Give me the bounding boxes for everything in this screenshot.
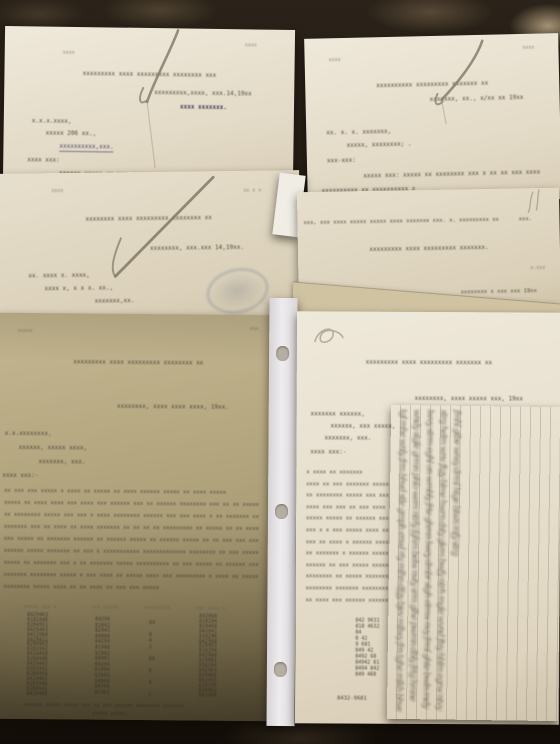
file-number: xxx. xyxy=(250,327,262,333)
letter-top-left: xxxx xxxx xxxxxxxxx xxxx xxxxxxxxx xxxxx… xyxy=(3,26,295,188)
binder-hole xyxy=(274,662,287,677)
footer-line-2: xxxxx xxxxx. xyxy=(92,712,128,718)
date-line: xxxxxxxx, xxxx xxxx xxxx, 19xx. xyxy=(117,404,229,412)
figures-column-3: 84 8 4 2 84 8 4 2 xyxy=(148,620,155,698)
letterhead: xxxxxxxxx xxxx xxxxxxxxx xxxxxxx xx xyxy=(366,360,492,367)
binder-hole xyxy=(276,346,289,361)
table-header-4: xxx xxxx x xyxy=(195,607,225,613)
pencil-checkmark-icon xyxy=(3,26,295,188)
address-line-2: xxxxxx, xxx xxxxx, xyxy=(330,423,395,430)
letter-middle-left: xxxx xx x x xxxxxxxx xxxx xxxxxxxxx xxxx… xyxy=(0,170,301,324)
letterhead: xxxxxxxxx xxxx xxxxxxxxx xxxxxxx. xyxy=(369,245,488,254)
letter-bottom-left: xxxxx xxx. xxxxxxxxx xxxx xxxxxxxxx xxxx… xyxy=(0,313,280,721)
footer-line-1: xxxxxx xxxxx xxxxx xxx xx xxx xxxxxx xxx… xyxy=(24,703,184,710)
binder-hole xyxy=(275,504,288,519)
total-line: 8432-9681 xyxy=(337,696,367,702)
date-line: xxxxxxxx, xxxx xxxxx xxx, 19xx xyxy=(415,396,523,403)
sheet-protector-edge xyxy=(267,298,298,726)
body-paragraph: x xxxx xx xxxxxxx xxxx xx xxx xxxxxxx xx… xyxy=(306,467,390,607)
address-line-3: xxxxxxx, xxx. xyxy=(324,435,371,442)
letterhead: xxxxxxxxx xxxx xxxxxxxxx xxxxxxxx xx xyxy=(73,359,203,367)
address-line-1: x.x.xxxxxxxx, xyxy=(5,431,52,438)
figures-column: 842 9631 818 4632 84 8 42 9 681 849 42 8… xyxy=(355,618,379,678)
address-line-1: xxxxxxx xxxxxx, xyxy=(311,411,365,418)
salutation: xxxx xxx:- xyxy=(2,473,38,480)
photo-of-letter-stack: xxxx xxxx xxxxxxxxx xxxx xxxxxxxxx xxxxx… xyxy=(0,0,560,744)
table-header-1: xxxxx xxx x xyxy=(23,605,56,611)
pencil-scribble-icon xyxy=(309,323,353,353)
table-header-2: xxx xxxxx xyxy=(91,606,118,612)
pencil-checkmark-icon xyxy=(304,33,560,205)
table-header-3: xxxxxxxxx xyxy=(143,606,170,612)
body-line: xxx, xxx xxxx xxxxx xxxxx xxxx xxxxxxx x… xyxy=(303,216,532,226)
form-number: xxxxx xyxy=(18,329,33,335)
letter-top-right: xxxx xxxx xxxxxxxxxx xxxxxxxxx xxxxxxx x… xyxy=(304,33,560,205)
pencil-mark-icon xyxy=(525,190,549,216)
address-line-3: xxxxxxx, xxx. xyxy=(38,459,85,466)
figures-column-2: 84296 81842 82941 84968 84294 81968 8294… xyxy=(94,618,110,696)
figures-column-1: 8429463 8181946 8284951 8429463 8412968 … xyxy=(26,613,48,697)
salutation: xxxx xxx:- xyxy=(310,449,346,456)
handwritten-note: tgl mhe wnly frm bhvd stle gmph enwl rty… xyxy=(387,405,560,721)
figures-column-4: 842968 818294 829468 842941 818296 84296… xyxy=(198,615,217,699)
cursive-handwriting: tgl mhe wnly frm bhvd stle gmph enwl rty… xyxy=(391,409,558,715)
body-paragraph: xx xxx xxx xxxxx x xxxx xx xxxxx xx xxxx… xyxy=(3,485,259,595)
pencil-checkmark-icon xyxy=(0,170,301,324)
fraction-note: x-xxx xyxy=(530,266,545,272)
address-line-2: xxxxxx, xxxxx xxxx, xyxy=(19,445,88,452)
